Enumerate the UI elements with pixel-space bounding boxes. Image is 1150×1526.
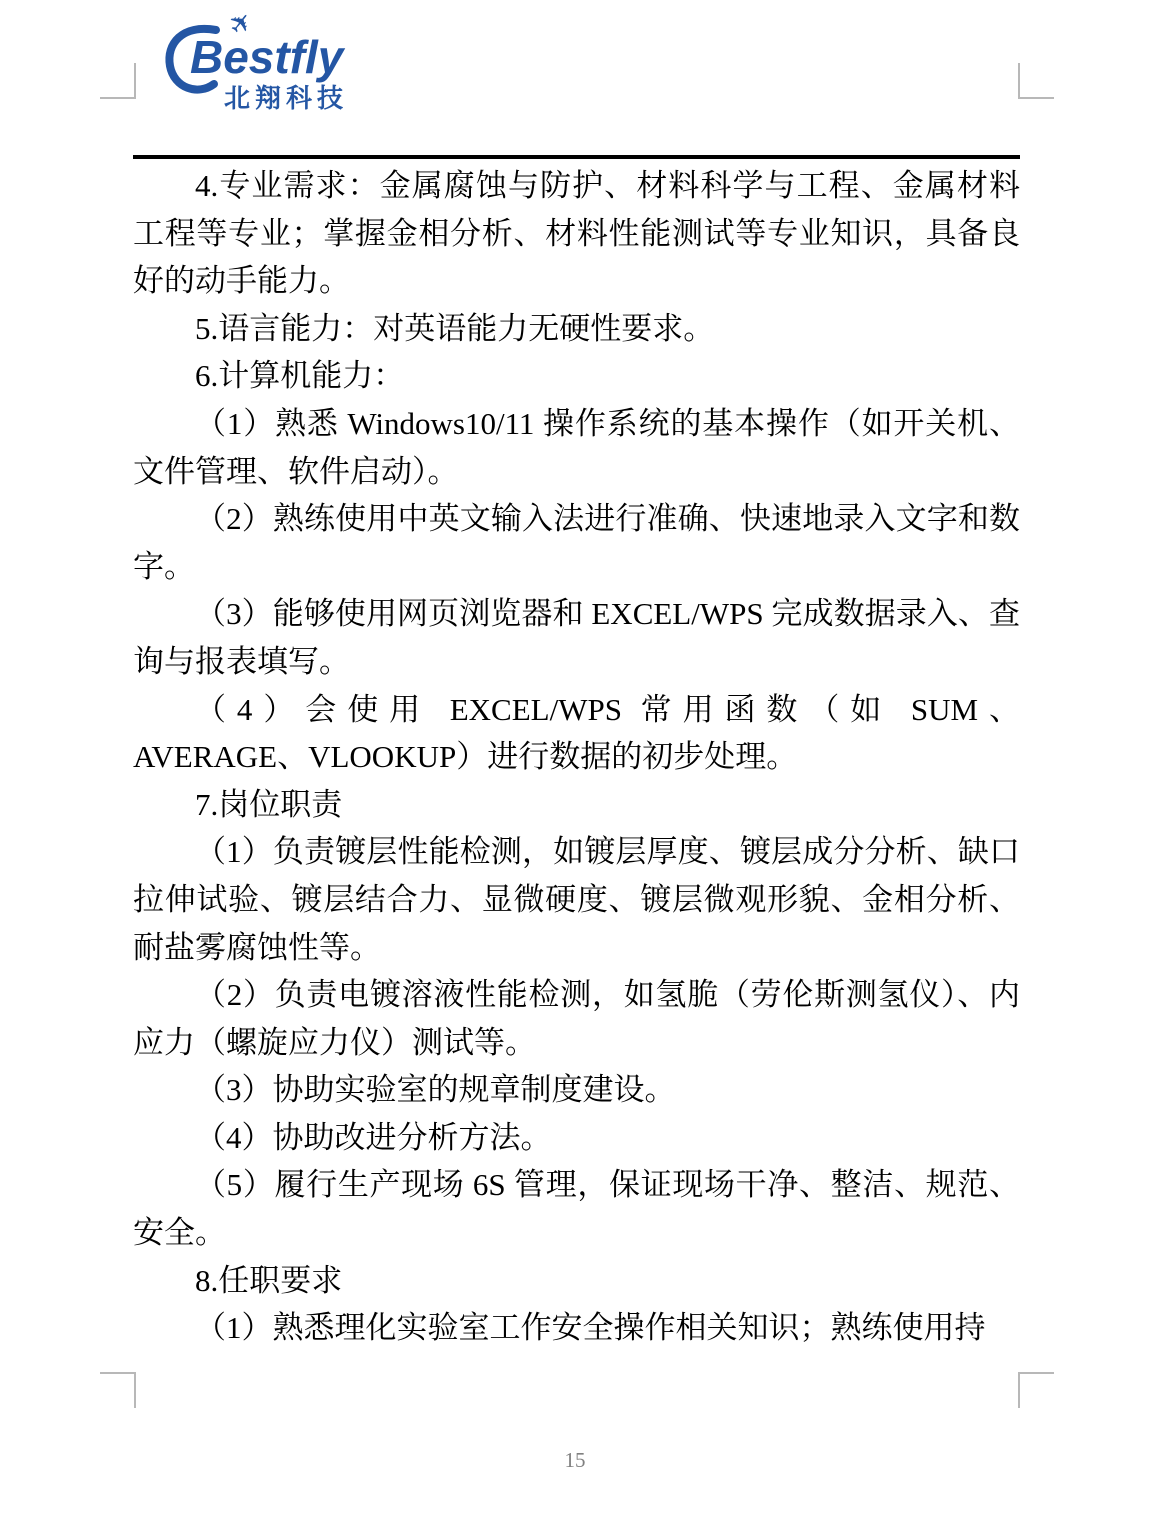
logo-company-name: 北翔科技	[224, 78, 348, 115]
paragraph-computer-item-1: （1）熟悉 Windows10/11 操作系统的基本操作（如开关机、文件管理、软…	[133, 400, 1020, 495]
header-rule	[133, 155, 1020, 159]
paragraph-major-requirement: 4.专业需求：金属腐蚀与防护、材料科学与工程、金属材料工程等专业；掌握金相分析、…	[133, 162, 1020, 305]
paragraph-language-ability: 5.语言能力：对英语能力无硬性要求。	[133, 305, 1020, 353]
paragraph-duty-4: （4）协助改进分析方法。	[133, 1114, 1020, 1162]
paragraph-duty-3: （3）协助实验室的规章制度建设。	[133, 1066, 1020, 1114]
crop-mark-top-left	[100, 63, 136, 99]
paragraph-computer-item-4: （4）会使用 EXCEL/WPS 常用函数（如 SUM、AVERAGE、VLOO…	[133, 686, 1020, 781]
paragraph-computer-item-2: （2）熟练使用中英文输入法进行准确、快速地录入文字和数字。	[133, 495, 1020, 590]
paragraph-computer-ability-heading: 6.计算机能力：	[133, 352, 1020, 400]
paragraph-qualifications-heading: 8.任职要求	[133, 1257, 1020, 1305]
paragraph-duty-5: （5）履行生产现场 6S 管理，保证现场干净、整洁、规范、安全。	[133, 1161, 1020, 1256]
document-page: ✈ Bestfly 北翔科技 4.专业需求：金属腐蚀与防护、材料科学与工程、金属…	[0, 0, 1150, 1526]
crop-mark-bottom-left	[100, 1372, 136, 1408]
paragraph-duties-heading: 7.岗位职责	[133, 781, 1020, 829]
document-body: 4.专业需求：金属腐蚀与防护、材料科学与工程、金属材料工程等专业；掌握金相分析、…	[133, 162, 1020, 1352]
crop-mark-top-right	[1018, 63, 1054, 99]
page-footer: 15	[0, 1448, 1150, 1473]
paragraph-computer-item-3: （3）能够使用网页浏览器和 EXCEL/WPS 完成数据录入、查询与报表填写。	[133, 590, 1020, 685]
company-logo: ✈ Bestfly 北翔科技	[168, 12, 378, 112]
paragraph-duty-2: （2）负责电镀溶液性能检测，如氢脆（劳伦斯测氢仪）、内应力（螺旋应力仪）测试等。	[133, 971, 1020, 1066]
page-number: 15	[565, 1448, 586, 1472]
paragraph-duty-1: （1）负责镀层性能检测，如镀层厚度、镀层成分分析、缺口拉伸试验、镀层结合力、显微…	[133, 828, 1020, 971]
crop-mark-bottom-right	[1018, 1372, 1054, 1408]
logo-wordmark: Bestfly	[190, 30, 343, 84]
paragraph-qualification-1: （1）熟悉理化实验室工作安全操作相关知识；熟练使用持	[133, 1304, 1020, 1352]
